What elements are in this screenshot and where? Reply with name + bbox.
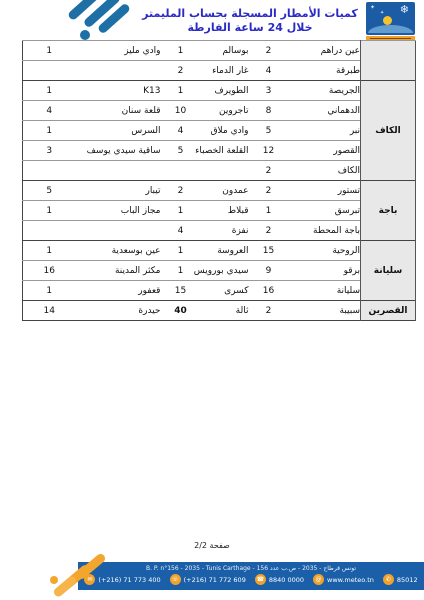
table-row: القصور12القلعة الخصباء5ساقية سيدي يوسف3 [23,141,416,161]
rain-value-cell: 1 [23,121,76,141]
phone-icon: ☎ [255,574,266,585]
rain-table-body: عين دراهم2بوسالم1وادي مليز1طبرقة4غار الد… [23,41,416,321]
rain-value-cell: 2 [249,41,289,61]
region-cell: القصرين [361,301,416,321]
station-name-cell: عين بوسعدية [76,241,161,261]
institute-logo-emblem: ❄ ✦ ✦ [366,2,415,35]
table-row: باجة المحطة2نفزة4 [23,221,416,241]
title-line-1: كميات الأمطار المسجلة بحساب المليمتر [90,7,410,21]
rain-value-cell [161,161,201,181]
rain-value-cell: 1 [23,241,76,261]
footer-contacts: ✉(+216) 71 773 400☏(+216) 71 772 609☎884… [78,574,424,585]
region-cell: الكاف [361,81,416,181]
table-row: الدهماني8تاجروين10قلعة سنان4 [23,101,416,121]
stripe-dot [50,576,58,584]
stripe-dot [80,30,90,40]
table-row: تبرسق1قبلاط1مجاز الباب1 [23,201,416,221]
table-row: سليانةالروحية15العروسة1عين بوسعدية1 [23,241,416,261]
station-name-cell: برقو [289,261,361,281]
rain-value-cell: 3 [249,81,289,101]
station-name-cell: طبرقة [289,61,361,81]
footer-address: B. P. n°156 - 2035 - Tunis Carthage - تو… [78,564,424,573]
station-name-cell: نفزة [201,221,249,241]
table-row: الكافالجريصة3الطويرف1K131 [23,81,416,101]
rain-value-cell: 4 [23,101,76,121]
footer-contact-text: (+216) 71 772 609 [184,576,246,584]
table-row: الكاف2 [23,161,416,181]
station-name-cell: السرس [76,121,161,141]
footer-contact-item: ✆85012 [383,574,418,585]
rain-value-cell: 2 [249,161,289,181]
station-name-cell: وادي مليز [76,41,161,61]
station-name-cell: الطويرف [201,81,249,101]
footer-contact-item: ☎8840 0000 [255,574,304,585]
rain-value-cell: 5 [249,121,289,141]
region-cell: سليانة [361,241,416,301]
wave-shape [368,25,413,33]
rain-value-cell: 1 [23,201,76,221]
station-name-cell [201,161,249,181]
station-name-cell: ساقية سيدي يوسف [76,141,161,161]
rain-value-cell: 16 [23,261,76,281]
snowflake-icon: ❄ [400,3,409,16]
station-name-cell: ثالة [201,301,249,321]
station-name-cell: القصور [289,141,361,161]
rain-value-cell: 4 [161,221,201,241]
fax-icon: ☏ [170,574,181,585]
rain-value-cell: 2 [249,301,289,321]
rain-value-cell: 1 [23,81,76,101]
table-row: القصرينسبيبة2ثالة40حيدرة14 [23,301,416,321]
rain-value-cell: 15 [161,281,201,301]
rain-value-cell: 14 [23,301,76,321]
rain-value-cell: 1 [23,281,76,301]
station-name-cell: سيدي بورويس [201,261,249,281]
rain-value-cell: 4 [161,121,201,141]
station-name-cell: الكاف [289,161,361,181]
footer-contact-text: 8840 0000 [269,576,304,584]
rain-value-cell: 3 [23,141,76,161]
station-name-cell: سبيبة [289,301,361,321]
rain-value-cell: 1 [161,241,201,261]
rain-value-cell: 8 [249,101,289,121]
rain-value-cell: 9 [249,261,289,281]
document-page: { "header": { "title_line1": "كميات الأم… [0,0,424,600]
rain-value-cell [23,161,76,181]
rain-value-cell: 1 [249,201,289,221]
region-cell [361,41,416,81]
station-name-cell: غار الدماء [201,61,249,81]
station-name-cell: مجاز الباب [76,201,161,221]
rain-value-cell: 5 [23,181,76,201]
footer-contact-text: 85012 [397,576,418,584]
rain-value-cell: 2 [161,181,201,201]
station-name-cell: بوسالم [201,41,249,61]
rain-value-cell: 2 [161,61,201,81]
station-name-cell: العروسة [201,241,249,261]
station-name-cell: عين دراهم [289,41,361,61]
table-row: عين دراهم2بوسالم1وادي مليز1 [23,41,416,61]
station-name-cell: حيدرة [76,301,161,321]
table-row: باجةتستور2عمدون2تيبار5 [23,181,416,201]
rain-value-cell: 12 [249,141,289,161]
footer-stripes-logo [48,552,114,600]
rain-value-cell: 1 [161,201,201,221]
footer-contact-text: www.meteo.tn [327,576,374,584]
footer-bar: B. P. n°156 - 2035 - Tunis Carthage - تو… [78,562,424,590]
table-row: طبرقة4غار الدماء2 [23,61,416,81]
station-name-cell: باجة المحطة [289,221,361,241]
star-icon: ✦ [380,10,384,16]
rain-value-cell: 1 [161,41,201,61]
station-name-cell: قلعة سنان [76,101,161,121]
station-name-cell [76,221,161,241]
rain-value-cell: 1 [23,41,76,61]
station-name-cell: الروحية [289,241,361,261]
station-name-cell: نبر [289,121,361,141]
station-name-cell: كسرى [201,281,249,301]
rain-value-cell: 4 [249,61,289,81]
footer-contact-item: @www.meteo.tn [313,574,374,585]
station-name-cell: قعفور [76,281,161,301]
station-name-cell: سليانة [289,281,361,301]
station-name-cell [76,161,161,181]
station-name-cell: الدهماني [289,101,361,121]
station-name-cell [76,61,161,81]
station-name-cell: K13 [76,81,161,101]
rain-table: عين دراهم2بوسالم1وادي مليز1طبرقة4غار الد… [22,40,416,321]
sms-icon: ✆ [383,574,394,585]
rain-value-cell: 16 [249,281,289,301]
station-name-cell: الجريصة [289,81,361,101]
table-row: نبر5وادي ملاق4السرس1 [23,121,416,141]
rain-value-cell: 40 [161,301,201,321]
rain-value-cell [23,61,76,81]
rain-value-cell: 2 [249,181,289,201]
station-name-cell: عمدون [201,181,249,201]
table-row: سليانة16كسرى15قعفور1 [23,281,416,301]
rain-value-cell: 2 [249,221,289,241]
table-row: برقو9سيدي بورويس1مكثر المدينة16 [23,261,416,281]
station-name-cell: تيبار [76,181,161,201]
rain-value-cell [23,221,76,241]
rain-value-cell: 1 [161,81,201,101]
sun-icon [383,16,392,25]
station-name-cell: تبرسق [289,201,361,221]
station-name-cell: وادي ملاق [201,121,249,141]
star-icon: ✦ [370,4,375,11]
footer-contact-item: ☏(+216) 71 772 609 [170,574,246,585]
station-name-cell: تاجروين [201,101,249,121]
rain-value-cell: 10 [161,101,201,121]
page-number: صفحة 2/2 [0,541,424,550]
station-name-cell: مكثر المدينة [76,261,161,281]
station-name-cell: تستور [289,181,361,201]
page-title: كميات الأمطار المسجلة بحساب المليمتر خلا… [90,7,410,35]
title-line-2: خلال 24 ساعة الفارطة [90,21,410,35]
globe-icon: @ [313,574,324,585]
rain-value-cell: 15 [249,241,289,261]
region-cell: باجة [361,181,416,241]
station-name-cell: القلعة الخصباء [201,141,249,161]
station-name-cell: قبلاط [201,201,249,221]
